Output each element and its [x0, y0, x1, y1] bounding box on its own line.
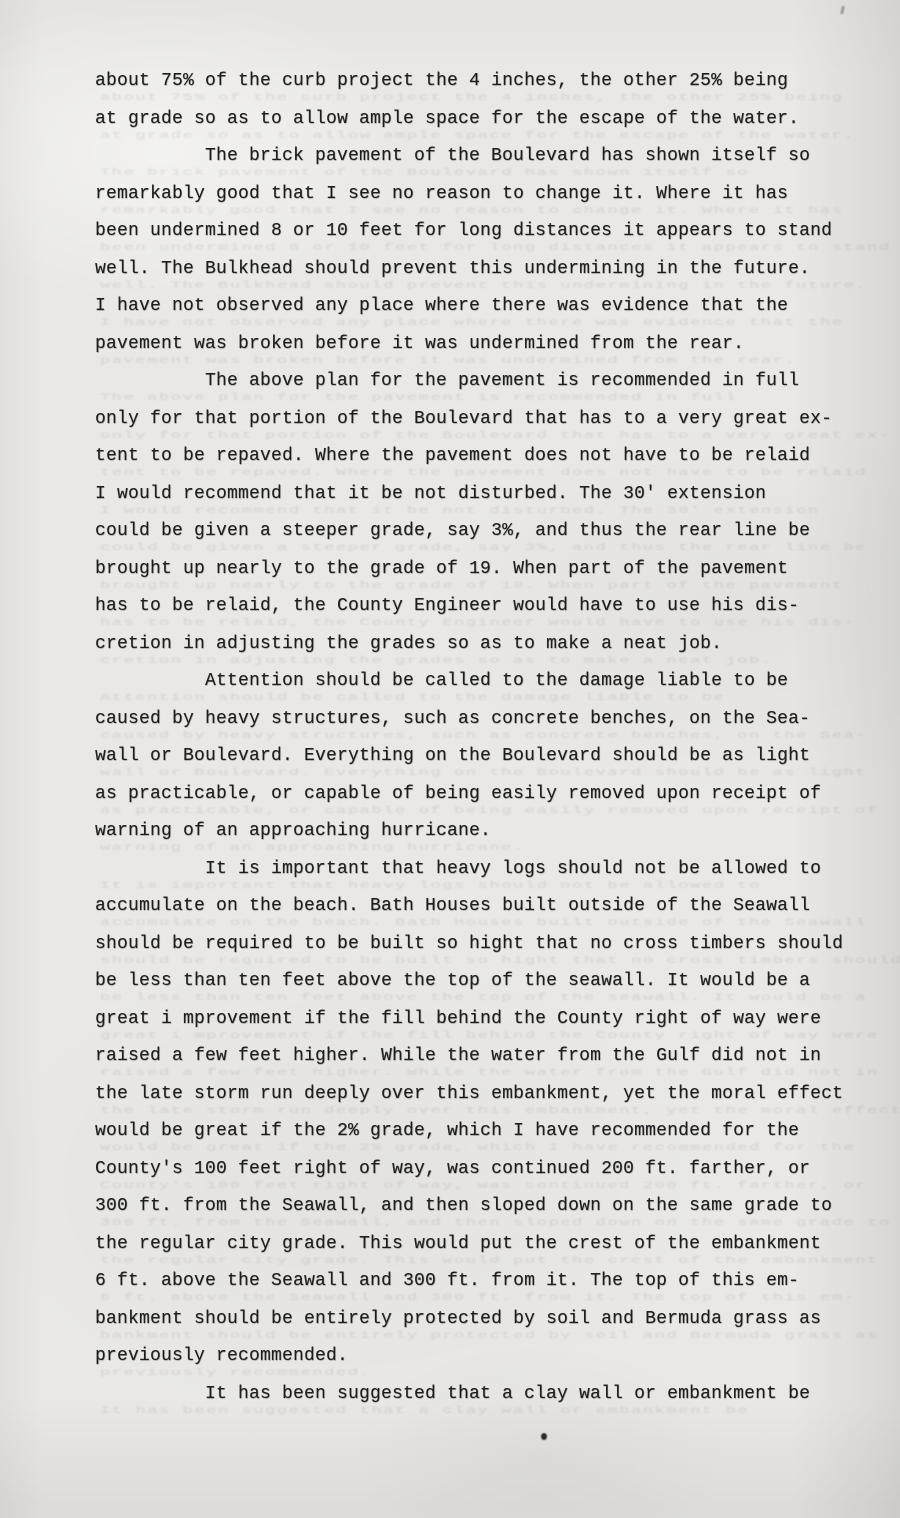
typed-line: warning of an approaching hurricane. war…	[95, 821, 855, 859]
ghost-impression: brought up nearly to the grade of 19. Wh…	[100, 580, 844, 592]
typed-line: brought up nearly to the grade of 19. Wh…	[95, 559, 855, 597]
ghost-impression: the late storm run deeply over this emba…	[100, 1105, 900, 1117]
typed-line: 6 ft. above the Seawall and 300 ft. from…	[95, 1271, 855, 1309]
typed-line: the late storm run deeply over this emba…	[95, 1084, 855, 1122]
typed-line: The above plan for the pavement is recom…	[95, 371, 855, 409]
typed-line-text: the late storm run deeply over this emba…	[95, 1084, 843, 1104]
ghost-impression: The brick pavement of the Boulevard has …	[100, 167, 749, 179]
typed-line-text: Attention should be called to the damage…	[95, 671, 788, 691]
typed-line-text: remarkably good that I see no reason to …	[95, 184, 788, 204]
ghost-impression: I have not observed any place where ther…	[100, 317, 844, 329]
ghost-impression: about 75% of the curb project the 4 inch…	[100, 92, 844, 104]
ghost-impression: The above plan for the pavement is recom…	[100, 392, 737, 404]
typed-line: I have not observed any place where ther…	[95, 296, 855, 334]
ghost-impression: pavement was broken before it was underm…	[100, 355, 796, 367]
typed-line-text: County's 100 feet right of way, was cont…	[95, 1159, 810, 1179]
typed-line-text: tent to be repaved. Where the pavement d…	[95, 446, 810, 466]
typed-text-block: about 75% of the curb project the 4 inch…	[95, 71, 855, 1421]
ghost-impression: be less than ten feet above the top of t…	[100, 992, 867, 1004]
typed-line: well. The Bulkhead should prevent this u…	[95, 259, 855, 297]
typed-line: 300 ft. from the Seawall, and then slope…	[95, 1196, 855, 1234]
typed-line-text: previously recommended.	[95, 1346, 348, 1366]
typed-line: It is important that heavy logs should n…	[95, 859, 855, 897]
ghost-impression: It is important that heavy logs should n…	[100, 880, 761, 892]
typed-line: only for that portion of the Boulevard t…	[95, 409, 855, 447]
typed-line-text: 6 ft. above the Seawall and 300 ft. from…	[95, 1271, 799, 1291]
typed-line-text: would be great if the 2% grade, which I …	[95, 1121, 799, 1141]
typed-line: pavement was broken before it was underm…	[95, 334, 855, 372]
typed-line: Attention should be called to the damage…	[95, 671, 855, 709]
typed-line-text: the regular city grade. This would put t…	[95, 1234, 821, 1254]
typed-line: I would recommend that it be not disturb…	[95, 484, 855, 522]
ghost-impression: been undermined 8 or 10 feet for long di…	[100, 242, 891, 254]
typed-line-text: as practicable, or capable of being easi…	[95, 784, 821, 804]
typed-line: been undermined 8 or 10 feet for long di…	[95, 221, 855, 259]
ghost-impression: 6 ft. above the Seawall and 300 ft. from…	[100, 1292, 855, 1304]
ghost-impression: great i mprovement if the fill behind th…	[100, 1030, 879, 1042]
typed-line-text: pavement was broken before it was underm…	[95, 334, 744, 354]
typed-line-text: has to be relaid, the County Engineer wo…	[95, 596, 799, 616]
ghost-impression: would be great if the 2% grade, which I …	[100, 1142, 855, 1154]
typed-line: at grade so as to allow ample space for …	[95, 109, 855, 147]
ghost-impression: 300 ft. from the Seawall, and then slope…	[100, 1217, 891, 1229]
typed-line: the regular city grade. This would put t…	[95, 1234, 855, 1272]
ghost-impression: I would recommend that it be not disturb…	[100, 505, 820, 517]
ghost-impression: only for that portion of the Boulevard t…	[100, 430, 891, 442]
ghost-impression: raised a few feet higher. While the wate…	[100, 1067, 879, 1079]
typed-line: caused by heavy structures, such as conc…	[95, 709, 855, 747]
typed-line: would be great if the 2% grade, which I …	[95, 1121, 855, 1159]
typed-line-text: 300 ft. from the Seawall, and then slope…	[95, 1196, 832, 1216]
typed-line-text: at grade so as to allow ample space for …	[95, 109, 799, 129]
ghost-impression: Attention should be called to the damage…	[100, 692, 726, 704]
typed-line-text: accumulate on the beach. Bath Houses bui…	[95, 896, 810, 916]
typed-line-text: I would recommend that it be not disturb…	[95, 484, 766, 504]
typed-line: has to be relaid, the County Engineer wo…	[95, 596, 855, 634]
ghost-impression: warning of an approaching hurricane.	[100, 842, 525, 854]
typed-line: should be required to be built so hight …	[95, 934, 855, 972]
typed-line-text: It is important that heavy logs should n…	[95, 859, 821, 879]
typed-line: The brick pavement of the Boulevard has …	[95, 146, 855, 184]
typed-line-text: be less than ten feet above the top of t…	[95, 971, 810, 991]
stray-ink-dot	[541, 1433, 547, 1440]
ghost-impression: the regular city grade. This would put t…	[100, 1255, 879, 1267]
ghost-impression: County's 100 feet right of way, was cont…	[100, 1180, 867, 1192]
typed-line-text: wall or Boulevard. Everything on the Bou…	[95, 746, 810, 766]
typed-line-text: well. The Bulkhead should prevent this u…	[95, 259, 810, 279]
ghost-impression: cretion in adjusting the grades so as to…	[100, 655, 773, 667]
typed-line: bankment should be entirely protected by…	[95, 1309, 855, 1347]
typed-line: It has been suggested that a clay wall o…	[95, 1384, 855, 1422]
typed-line: raised a few feet higher. While the wate…	[95, 1046, 855, 1084]
typed-line-text: about 75% of the curb project the 4 inch…	[95, 71, 788, 91]
ghost-impression: previously recommended.	[100, 1367, 371, 1379]
typed-line: as practicable, or capable of being easi…	[95, 784, 855, 822]
typed-line: tent to be repaved. Where the pavement d…	[95, 446, 855, 484]
typed-line-text: should be required to be built so hight …	[95, 934, 843, 954]
typed-line: accumulate on the beach. Bath Houses bui…	[95, 896, 855, 934]
typed-line: great i mprovement if the fill behind th…	[95, 1009, 855, 1047]
typed-line-text: bankment should be entirely protected by…	[95, 1309, 821, 1329]
ink-speck	[840, 6, 845, 14]
typed-line-text: raised a few feet higher. While the wate…	[95, 1046, 821, 1066]
typed-line-text: brought up nearly to the grade of 19. Wh…	[95, 559, 788, 579]
ghost-impression: accumulate on the beach. Bath Houses bui…	[100, 917, 867, 929]
typed-line-text: been undermined 8 or 10 feet for long di…	[95, 221, 832, 241]
typed-line-text: It has been suggested that a clay wall o…	[95, 1384, 810, 1404]
typed-line: wall or Boulevard. Everything on the Bou…	[95, 746, 855, 784]
typed-line-text: The above plan for the pavement is recom…	[95, 371, 799, 391]
typed-line: previously recommended. previously recom…	[95, 1346, 855, 1384]
typed-line: be less than ten feet above the top of t…	[95, 971, 855, 1009]
typed-line-text: caused by heavy structures, such as conc…	[95, 709, 810, 729]
typed-line: about 75% of the curb project the 4 inch…	[95, 71, 855, 109]
ghost-impression: It has been suggested that a clay wall o…	[100, 1405, 749, 1417]
typed-line-text: only for that portion of the Boulevard t…	[95, 409, 832, 429]
document-page: about 75% of the curb project the 4 inch…	[0, 0, 900, 1518]
typed-line: County's 100 feet right of way, was cont…	[95, 1159, 855, 1197]
typed-line-text: warning of an approaching hurricane.	[95, 821, 491, 841]
ghost-impression: could be given a steeper grade, say 3%, …	[100, 542, 867, 554]
ghost-impression: wall or Boulevard. Everything on the Bou…	[100, 767, 867, 779]
typed-line-text: could be given a steeper grade, say 3%, …	[95, 521, 810, 541]
ghost-impression: well. The Bulkhead should prevent this u…	[100, 280, 867, 292]
typed-line: cretion in adjusting the grades so as to…	[95, 634, 855, 672]
ghost-impression: tent to be repaved. Where the pavement d…	[100, 467, 867, 479]
typed-line-text: The brick pavement of the Boulevard has …	[95, 146, 810, 166]
ghost-impression: should be required to be built so hight …	[100, 955, 900, 967]
typed-line-text: cretion in adjusting the grades so as to…	[95, 634, 722, 654]
typed-line: remarkably good that I see no reason to …	[95, 184, 855, 222]
ghost-impression: as practicable, or capable of being easi…	[100, 805, 879, 817]
typed-line-text: great i mprovement if the fill behind th…	[95, 1009, 821, 1029]
ghost-impression: has to be relaid, the County Engineer wo…	[100, 617, 855, 629]
typed-line-text: I have not observed any place where ther…	[95, 296, 788, 316]
ghost-impression: caused by heavy structures, such as conc…	[100, 730, 867, 742]
ghost-impression: bankment should be entirely protected by…	[100, 1330, 879, 1342]
ghost-impression: at grade so as to allow ample space for …	[100, 130, 855, 142]
ghost-impression: remarkably good that I see no reason to …	[100, 205, 844, 217]
typed-line: could be given a steeper grade, say 3%, …	[95, 521, 855, 559]
